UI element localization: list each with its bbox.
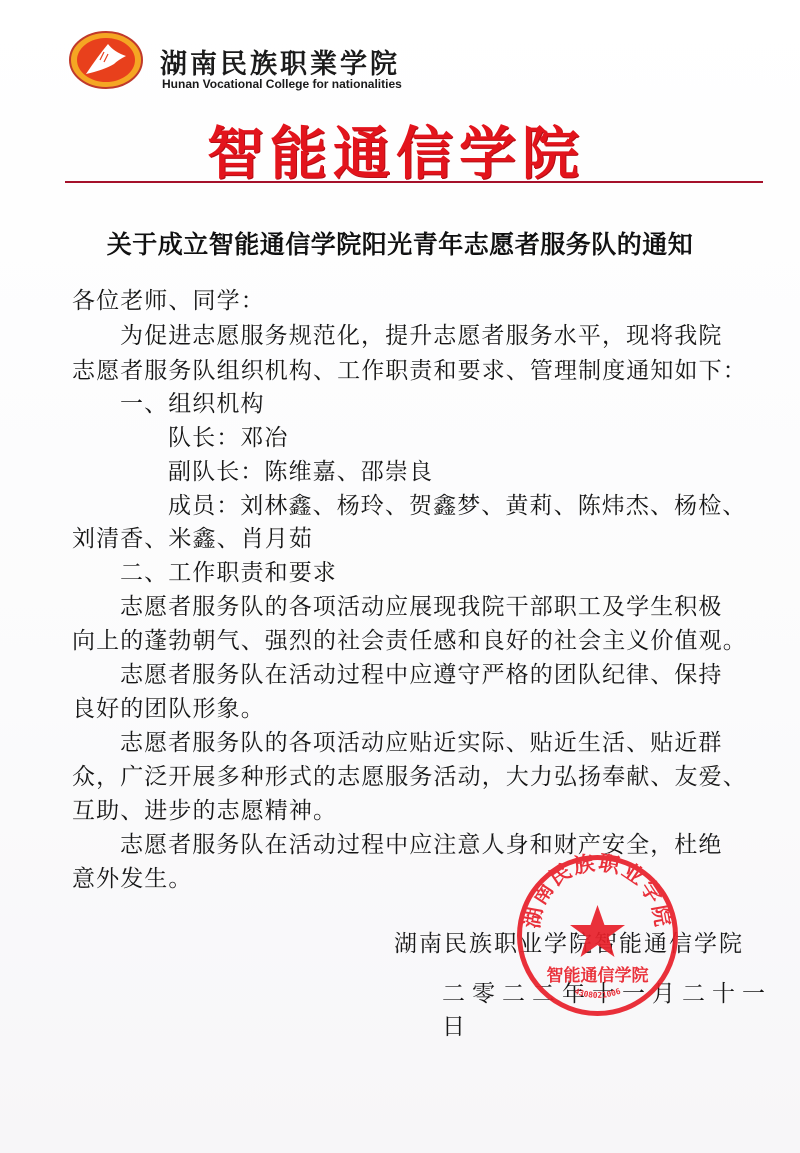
paragraph-line: 向上的蓬勃朝气、强烈的社会责任感和良好的社会主义价值观。 [72,622,747,655]
paragraph-line: 志愿者服务队的各项活动应展现我院干部职工及学生积极 [120,588,723,621]
paragraph-line: 志愿者服务队组织机构、工作职责和要求、管理制度通知如下： [72,352,747,385]
members-line: 成员：刘林鑫、杨玲、贺鑫梦、黄莉、陈炜杰、杨检、 [168,487,746,520]
section-heading: 二、工作职责和要求 [120,554,337,587]
vice-captain-line: 副队长：陈维嘉、邵崇良 [168,453,433,486]
members-line-cont: 刘清香、米鑫、肖月茹 [72,520,313,553]
seal-inner-text: 智能通信学院 [547,965,649,986]
captain-line: 队长：邓冶 [168,419,289,452]
document-page: 湖南民族职業学院 Hunan Vocational College for na… [0,0,800,1153]
official-seal: 湖南民族职业学院 智能通信学院 4308021006 [515,853,680,1018]
paragraph-line: 志愿者服务队在活动过程中应遵守严格的团队纪律、保持 [120,656,723,689]
section-heading: 一、组织机构 [120,385,265,418]
college-name-en: Hunan Vocational College for nationaliti… [162,77,402,91]
college-name-cn: 湖南民族职業学院 [160,42,400,81]
masthead-divider [65,181,763,183]
paragraph-line: 志愿者服务队的各项活动应贴近实际、贴近生活、贴近群 [120,724,723,757]
paragraph-line: 意外发生。 [72,860,193,893]
paragraph-line: 互助、进步的志愿精神。 [72,792,337,825]
salutation: 各位老师、同学： [72,282,265,315]
college-emblem-icon [68,30,144,90]
seal-code: 4308021006 [573,987,622,1000]
masthead-title: 智能通信学院 [207,108,585,190]
paragraph-line: 为促进志愿服务规范化，提升志愿者服务水平，现将我院 [120,317,723,350]
paragraph-line: 众，广泛开展多种形式的志愿服务活动，大力弘扬奉献、友爱、 [72,758,747,791]
notice-title: 关于成立智能通信学院阳光青年志愿者服务队的通知 [0,225,800,261]
paragraph-line: 良好的团队形象。 [72,690,265,723]
star-icon [570,905,625,957]
svg-text:4308021006: 4308021006 [573,987,622,1000]
